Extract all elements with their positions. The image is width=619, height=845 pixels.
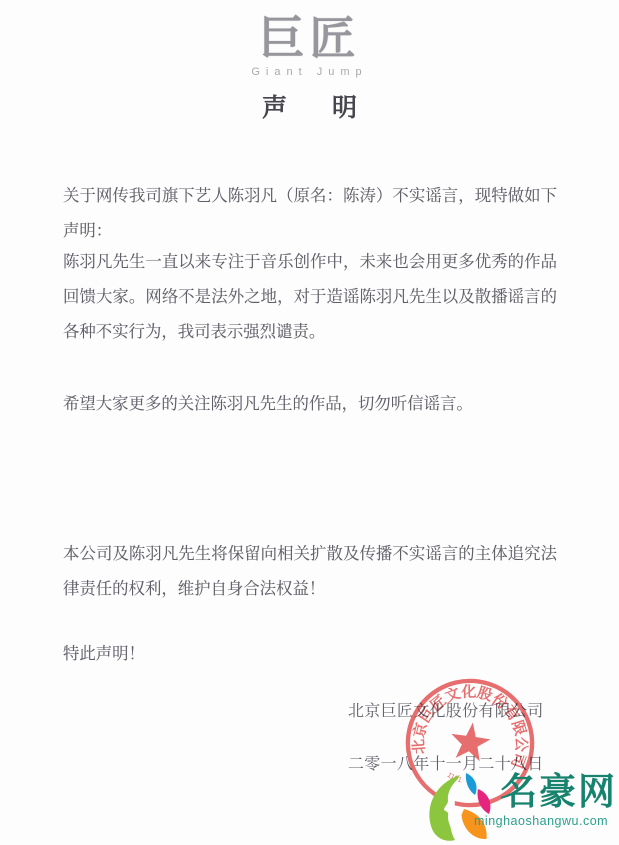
brand-logo-subtitle: Giant Jump (0, 66, 619, 78)
signature-company-name: 北京巨匠文化股份有限公司 (348, 697, 544, 727)
brand-logo-name: 巨匠 (0, 14, 619, 64)
statement-document: 巨匠 Giant Jump 声 明 关于网传我司旗下艺人陈羽凡（原名：陈涛）不实… (0, 0, 619, 845)
paragraph-intro: 关于网传我司旗下艺人陈羽凡（原名：陈涛）不实谣言，现特做如下声明： (63, 178, 557, 248)
watermark-text-block: 名豪网 minghaoshangwu.com (500, 771, 617, 829)
brand-logo: 巨匠 Giant Jump (0, 14, 619, 78)
site-watermark: 名豪网 minghaoshangwu.com (422, 771, 617, 845)
document-title: 声 明 (0, 88, 619, 124)
paragraph-legal-rights: 本公司及陈羽凡先生将保留向相关扩散及传播不实谣言的主体追究法律责任的权利，维护自… (63, 536, 557, 606)
face-flower-logo-icon (422, 773, 504, 845)
watermark-site-url: minghaoshangwu.com (474, 813, 617, 829)
paragraph-appeal: 希望大家更多的关注陈羽凡先生的作品，切勿听信谣言。 (63, 386, 557, 421)
paragraph-condemnation: 陈羽凡先生一直以来专注于音乐创作中，未来也会用更多优秀的作品回馈大家。网络不是法… (63, 244, 557, 349)
closing-line: 特此声明！ (63, 636, 557, 671)
watermark-site-name: 名豪网 (500, 771, 617, 813)
